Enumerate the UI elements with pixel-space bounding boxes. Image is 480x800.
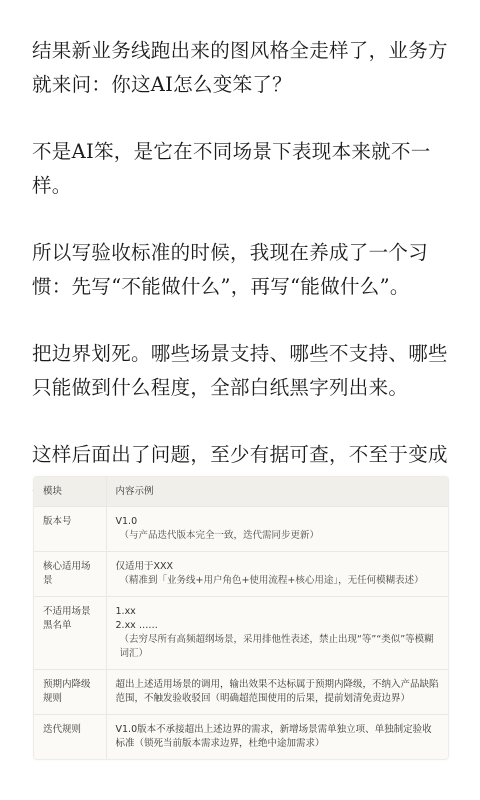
paragraph: 所以写验收标准的时候，我现在养成了一个习惯：先写“不能做什么”，再写“能做什么”… [32,236,452,304]
table-row: 核心适用场景 仅适用于XXX （精准到「业务线+用户角色+使用流程+核心用途」，… [34,552,448,597]
content-line: V1.0 [116,516,138,527]
row-module: 核心适用场景 [34,552,106,597]
header-module: 模块 [34,477,106,507]
table-row: 预期内降级规则 超出上述适用场景的调用，输出效果不达标属于预期内降级，不纳入产品… [34,670,448,715]
table-row: 不适用场景黑名单 1.xx 2.xx …… （去穷尽所有高频超纲场景，采用排他性… [34,597,448,670]
row-module: 版本号 [34,507,106,552]
paragraph: 把边界划死。哪些场景支持、哪些不支持、哪些只能做到什么程度，全部白纸黑字列出来。 [32,337,452,405]
paragraph: 不是AI笨，是它在不同场景下表现本来就不一样。 [32,135,452,203]
row-module: 预期内降级规则 [34,670,106,715]
content-line: 2.xx …… [116,619,440,633]
paragraph: 结果新业务线跑出来的图风格全走样了，业务方就来问：你这AI怎么变笨了？ [32,34,452,102]
row-content: V1.0版本不承接超出上述边界的需求，新增场景需单独立项、单独制定验收标准（锁死… [106,715,448,760]
article-body: 结果新业务线跑出来的图风格全走样了，业务方就来问：你这AI怎么变笨了？ 不是AI… [32,34,452,539]
row-content: V1.0 （与产品迭代版本完全一致，迭代需同步更新） [106,507,448,552]
content-line: 1.xx [116,605,440,619]
row-content: 1.xx 2.xx …… （去穷尽所有高频超纲场景，采用排他性表述，禁止出现“等… [106,597,448,670]
table-header-row: 模块 内容示例 [34,477,448,507]
acceptance-criteria-table: 模块 内容示例 版本号 V1.0 （与产品迭代版本完全一致，迭代需同步更新） 核… [33,476,449,760]
content-note: （与产品迭代版本完全一致，迭代需同步更新） [116,529,440,543]
header-content: 内容示例 [106,477,448,507]
row-module: 迭代规则 [34,715,106,760]
row-content: 仅适用于XXX （精准到「业务线+用户角色+使用流程+核心用途」，无任何模糊表述… [106,552,448,597]
table-row: 版本号 V1.0 （与产品迭代版本完全一致，迭代需同步更新） [34,507,448,552]
content-note: （精准到「业务线+用户角色+使用流程+核心用途」，无任何模糊表述） [116,574,440,588]
content-note: （去穷尽所有高频超纲场景，采用排他性表述，禁止出现“等”“类似”等模糊词汇） [116,633,440,661]
row-content: 超出上述适用场景的调用，输出效果不达标属于预期内降级，不纳入产品缺陷范围，不触发… [106,670,448,715]
content-line: 仅适用于XXX [116,561,174,572]
table-row: 迭代规则 V1.0版本不承接超出上述边界的需求，新增场景需单独立项、单独制定验收… [34,715,448,760]
row-module: 不适用场景黑名单 [34,597,106,670]
